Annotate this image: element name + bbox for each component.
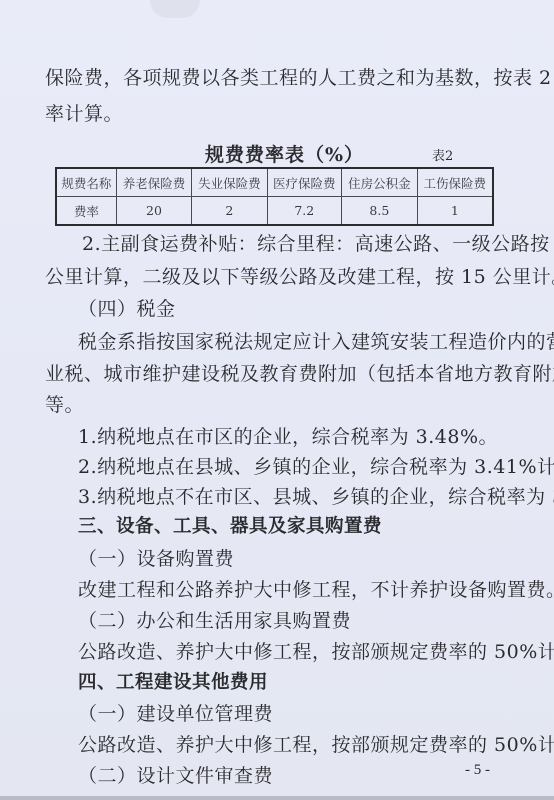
table-header-cell: 工伤保险费	[417, 168, 493, 197]
body-line: 2.主副食运费补贴：综合里程：高速公路、一级公路按 20	[82, 232, 554, 256]
table-header-row: 规费名称 养老保险费 失业保险费 医疗保险费 住房公积金 工伤保险费	[56, 168, 493, 197]
subsection-heading: （二）办公和生活用家具购置费	[78, 609, 351, 633]
body-line: （四）税金	[78, 297, 176, 321]
table-header-cell: 医疗保险费	[267, 168, 342, 197]
subsection-heading: （二）设计文件审查费	[78, 764, 273, 788]
page-number: - 5 -	[465, 762, 490, 779]
scan-shadow	[150, 0, 200, 18]
table-header-cell: 养老保险费	[116, 168, 191, 197]
body-line: 1.纳税地点在市区的企业，综合税率为 3.48%。	[78, 425, 498, 449]
body-line: 公路改造、养护大中修工程，按部颁规定费率的 50%计算。	[78, 640, 554, 664]
fee-rate-table: 规费名称 养老保险费 失业保险费 医疗保险费 住房公积金 工伤保险费 费率 20…	[55, 167, 494, 226]
subsection-heading: （一）建设单位管理费	[78, 702, 273, 726]
body-line: 等。	[45, 393, 84, 417]
body-line: 改建工程和公路养护大中修工程，不计养护设备购置费。	[78, 578, 554, 602]
table-cell: 2	[192, 197, 267, 226]
table-row: 费率 20 2 7.2 8.5 1	[56, 197, 493, 226]
table-cell: 费率	[56, 197, 116, 226]
table-label: 表2	[432, 145, 453, 164]
body-line: 公里计算，二级及以下等级公路及改建工程，按 15 公里计。	[45, 265, 554, 289]
body-line: 税金系指按国家税法规定应计入建筑安装工程造价内的营	[78, 330, 554, 354]
document-page: 保险费，各项规费以各类工程的人工费之和为基数，按表 2 的费 率计算。 规费费率…	[0, 0, 554, 800]
body-line: 业税、城市维护建设税及教育费附加（包括本省地方教育附加）	[45, 362, 554, 386]
paragraph-line: 保险费，各项规费以各类工程的人工费之和为基数，按表 2 的费	[45, 66, 554, 90]
subsection-heading: （一）设备购置费	[78, 547, 234, 571]
page-edge	[0, 796, 554, 800]
table-header-cell: 住房公积金	[342, 168, 418, 197]
body-line: 2.纳税地点在县城、乡镇的企业，综合税率为 3.41%计算。	[78, 455, 554, 479]
table-title: 规费费率表（%）	[205, 140, 364, 167]
table-cell: 7.2	[267, 197, 342, 226]
table-header-cell: 规费名称	[56, 168, 116, 197]
table-cell: 20	[116, 197, 191, 226]
table-cell: 8.5	[342, 197, 418, 226]
body-line: 公路改造、养护大中修工程，按部颁规定费率的 50%计算。	[78, 733, 554, 757]
section-heading: 三、设备、工具、器具及家具购置费	[78, 515, 382, 539]
table-cell: 1	[417, 197, 493, 226]
table-header-cell: 失业保险费	[192, 168, 267, 197]
paragraph-line: 率计算。	[45, 102, 123, 126]
section-heading: 四、工程建设其他费用	[78, 671, 268, 695]
body-line: 3.纳税地点不在市区、县城、乡镇的企业，综合税率为 3.28%。	[78, 485, 554, 509]
